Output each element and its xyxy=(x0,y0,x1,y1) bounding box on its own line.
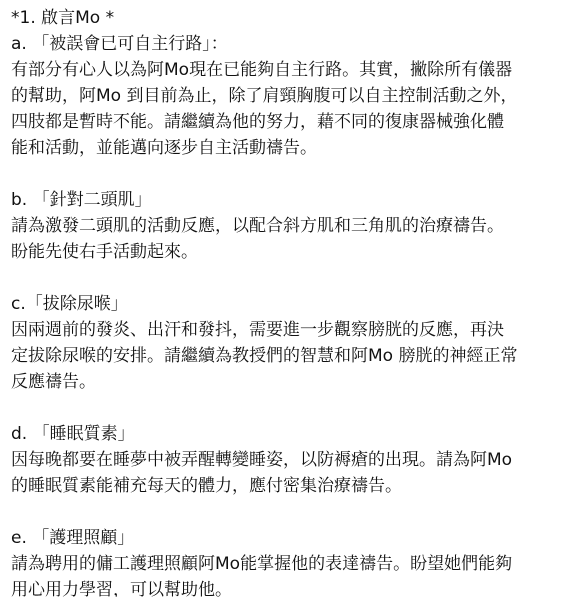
paragraph-line: 四肢都是暫時不能。請繼續為他的努力，藉不同的復康器械強化體 xyxy=(11,109,564,135)
document-heading: *1. 啟言Mo * xyxy=(11,5,564,31)
spacer xyxy=(11,265,564,291)
paragraph-line: 反應禱告。 xyxy=(11,369,564,395)
paragraph-line: 請為聘用的傭工護理照顧阿Mo能掌握他的表達禱告。盼望她們能夠 xyxy=(11,551,564,577)
section-title: c.「拔除尿喉」 xyxy=(11,291,564,317)
paragraph-line: 因兩週前的發炎、出汗和發抖，需要進一步觀察膀胱的反應，再決 xyxy=(11,317,564,343)
section-title: e. 「護理照顧」 xyxy=(11,525,564,551)
section-title: d. 「睡眠質素」 xyxy=(11,421,564,447)
spacer xyxy=(11,499,564,525)
section-a: a. 「被誤會已可自主行路」： 有部分有心人以為阿Mo現在已能夠自主行路。其實，… xyxy=(11,31,564,161)
section-c: c.「拔除尿喉」 因兩週前的發炎、出汗和發抖，需要進一步觀察膀胱的反應，再決 定… xyxy=(11,291,564,395)
paragraph-line: 因每晚都要在睡夢中被弄醒轉變睡姿，以防褥瘡的出現。請為阿Mo xyxy=(11,447,564,473)
paragraph-line: 的幫助，阿Mo 到目前為止，除了肩頸胸腹可以自主控制活動之外， xyxy=(11,83,564,109)
paragraph-line: 盼能先使右手活動起來。 xyxy=(11,239,564,265)
paragraph-line: 能和活動，並能邁向逐步自主活動禱告。 xyxy=(11,135,564,161)
section-e: e. 「護理照顧」 請為聘用的傭工護理照顧阿Mo能掌握他的表達禱告。盼望她們能夠… xyxy=(11,525,564,597)
spacer xyxy=(11,161,564,187)
paragraph-line: 的睡眠質素能補充每天的體力，應付密集治療禱告。 xyxy=(11,473,564,499)
paragraph-line: 用心用力學習，可以幫助他。 xyxy=(11,577,564,597)
section-b: b. 「針對二頭肌」 請為激發二頭肌的活動反應，以配合斜方肌和三角肌的治療禱告。… xyxy=(11,187,564,265)
paragraph-line: 有部分有心人以為阿Mo現在已能夠自主行路。其實，撇除所有儀器 xyxy=(11,57,564,83)
section-title: b. 「針對二頭肌」 xyxy=(11,187,564,213)
document: *1. 啟言Mo * a. 「被誤會已可自主行路」： 有部分有心人以為阿Mo現在… xyxy=(0,0,574,597)
spacer xyxy=(11,395,564,421)
paragraph-line: 請為激發二頭肌的活動反應，以配合斜方肌和三角肌的治療禱告。 xyxy=(11,213,564,239)
section-title: a. 「被誤會已可自主行路」： xyxy=(11,31,564,57)
section-d: d. 「睡眠質素」 因每晚都要在睡夢中被弄醒轉變睡姿，以防褥瘡的出現。請為阿Mo… xyxy=(11,421,564,499)
paragraph-line: 定拔除尿喉的安排。請繼續為教授們的智慧和阿Mo 膀胱的神經正常 xyxy=(11,343,564,369)
